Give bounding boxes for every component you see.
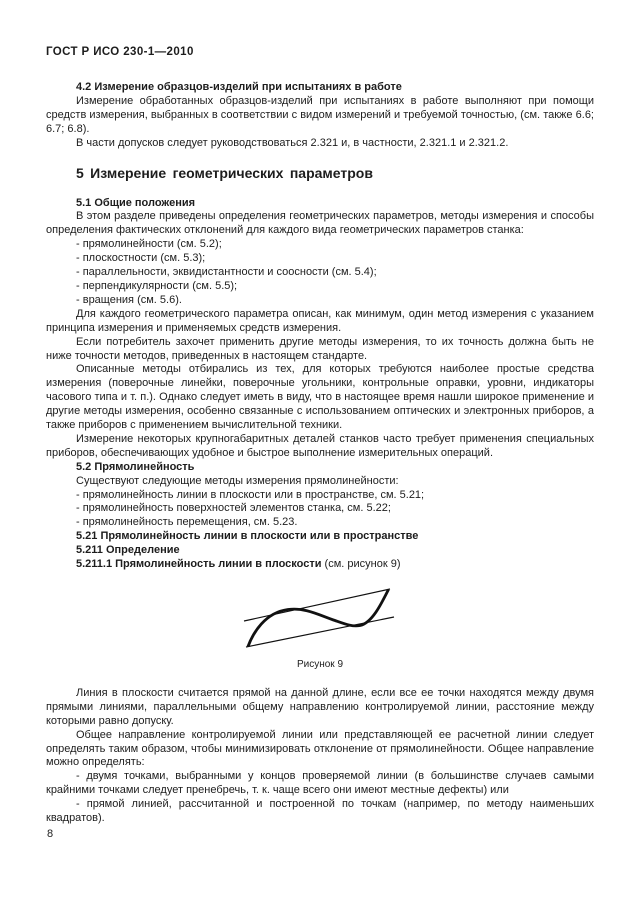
section-4-2-paragraph-2: В части допусков следует руководствовать…: [46, 137, 594, 151]
page-number: 8: [47, 828, 53, 840]
section-5-2-heading: 5.2 Прямолинейность: [46, 461, 594, 475]
definition-paragraph-2: Общее направление контролируемой линии и…: [46, 729, 594, 771]
list-item-parallelism: - параллельности, эквидистантности и соо…: [46, 266, 594, 280]
section-5-211-1-heading: 5.211.1 Прямолинейность линии в плоскост…: [46, 558, 594, 572]
section-5-211-1-heading-bold: 5.211.1 Прямолинейность линии в плоскост…: [76, 558, 321, 570]
definition-paragraph-1: Линия в плоскости считается прямой на да…: [46, 687, 594, 729]
section-5-211-1-heading-reference: (см. рисунок 9): [321, 558, 400, 570]
section-5-21-heading: 5.21 Прямолинейность линии в плоскости и…: [46, 530, 594, 544]
definition-list-item-1: - двумя точками, выбранными у концов про…: [46, 770, 594, 798]
section-5-1-paragraph-2: Если потребитель захочет применить други…: [46, 336, 594, 364]
section-5-heading: 5 Измерение геометрических параметров: [46, 165, 594, 182]
list-item-line-straightness: - прямолинейность линии в плоскости или …: [46, 489, 594, 503]
figure-9-drawing: [236, 587, 404, 651]
section-5-2-intro: Существуют следующие методы измерения пр…: [46, 475, 594, 489]
list-item-straightness: - прямолинейности (см. 5.2);: [46, 238, 594, 252]
section-5-1-heading: 5.1 Общие положения: [46, 197, 594, 211]
section-5-1-paragraph-3: Описанные методы отбирались из тех, для …: [46, 363, 594, 433]
list-item-rotation: - вращения (см. 5.6).: [46, 294, 594, 308]
section-5-1-paragraph-4: Измерение некоторых крупногабаритных дет…: [46, 433, 594, 461]
figure-9-caption: Рисунок 9: [46, 658, 594, 672]
section-5-211-heading: 5.211 Определение: [46, 544, 594, 558]
section-4-2-heading: 4.2 Измерение образцов-изделий при испыт…: [46, 81, 594, 95]
section-5-1-intro: В этом разделе приведены определения гео…: [46, 210, 594, 238]
document-page: ГОСТ Р ИСО 230-1—2010 4.2 Измерение обра…: [0, 0, 630, 913]
tolerance-band-top-line: [244, 589, 390, 621]
list-item-perpendicularity: - перпендикулярности (см. 5.5);: [46, 280, 594, 294]
section-4-2-paragraph-1: Измерение обработанных образцов-изделий …: [46, 95, 594, 137]
list-item-motion-straightness: - прямолинейность перемещения, см. 5.23.: [46, 516, 594, 530]
list-item-surface-straightness: - прямолинейность поверхностей элементов…: [46, 502, 594, 516]
list-item-flatness: - плоскостности (см. 5.3);: [46, 252, 594, 266]
section-5-1-paragraph-1: Для каждого геометрического параметра оп…: [46, 308, 594, 336]
definition-list-item-2: - прямой линией, рассчитанной и построен…: [46, 798, 594, 826]
tolerance-band-bottom-line: [246, 617, 394, 647]
figure-9: [46, 587, 594, 651]
page-body: 4.2 Измерение образцов-изделий при испыт…: [46, 81, 594, 826]
doc-code-header: ГОСТ Р ИСО 230-1—2010: [46, 46, 194, 58]
measured-profile-curve: [248, 590, 389, 647]
